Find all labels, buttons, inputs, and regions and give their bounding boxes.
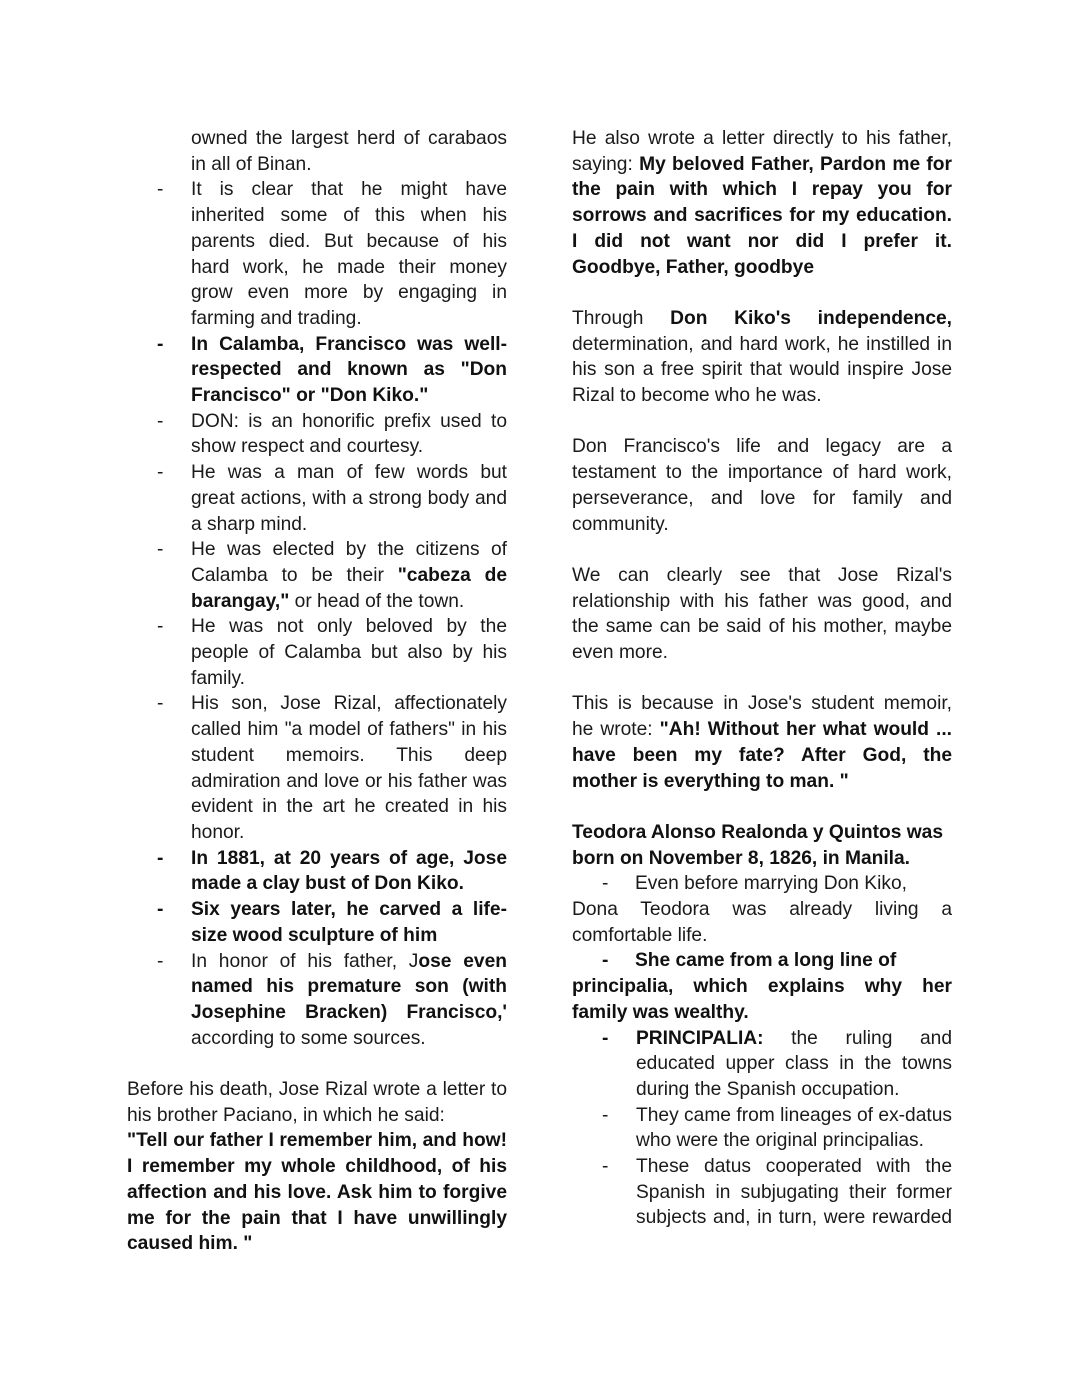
relationship-paragraph: We can clearly see that Jose Rizal's rel… bbox=[572, 563, 952, 666]
bullet-cabeza: -He was elected by the citizens of Calam… bbox=[127, 537, 507, 614]
legacy-paragraph: Don Francisco's life and legacy are a te… bbox=[572, 434, 952, 537]
bullet-don-kiko: -In Calamba, Francisco was well-respecte… bbox=[127, 332, 507, 409]
bullet-wood-sculpture: -Six years later, he carved a life-size … bbox=[127, 897, 507, 948]
letter-to-father: He also wrote a letter directly to his f… bbox=[572, 126, 952, 280]
teodora-item-principalia-cont: principalia, which explains why her fami… bbox=[572, 974, 952, 1025]
teodora-item-principalia: -She came from a long line of bbox=[572, 948, 952, 974]
sub-bullet-datus-cooperated: -These datus cooperated with the Spanish… bbox=[572, 1154, 952, 1231]
bullet-model-of-fathers: -His son, Jose Rizal, affectionately cal… bbox=[127, 691, 507, 845]
bullet-named-son: -In honor of his father, Jose even named… bbox=[127, 949, 507, 1052]
bullet-clay-bust: -In 1881, at 20 years of age, Jose made … bbox=[127, 846, 507, 897]
teodora-item-comfortable: -Even before marrying Don Kiko, bbox=[572, 871, 952, 897]
continuation-text: owned the largest herd of carabaos in al… bbox=[127, 126, 507, 177]
teodora-heading: Teodora Alonso Realonda y Quintos was bo… bbox=[572, 820, 952, 871]
don-kiko-independence: Through Don Kiko's independence, determi… bbox=[572, 306, 952, 409]
sub-bullet-principalia-definition: -PRINCIPALIA: the ruling and educated up… bbox=[572, 1026, 952, 1103]
teodora-item-comfortable-cont: Dona Teodora was already living a comfor… bbox=[572, 897, 952, 948]
left-column: owned the largest herd of carabaos in al… bbox=[127, 126, 507, 1257]
letter-paciano-intro: Before his death, Jose Rizal wrote a let… bbox=[127, 1077, 507, 1128]
bullet-inherited: -It is clear that he might have inherite… bbox=[127, 177, 507, 331]
bullet-don-definition: -DON: is an honorific prefix used to sho… bbox=[127, 409, 507, 460]
bullet-few-words: -He was a man of few words but great act… bbox=[127, 460, 507, 537]
memoir-paragraph: This is because in Jose's student memoir… bbox=[572, 691, 952, 794]
right-column: He also wrote a letter directly to his f… bbox=[572, 126, 952, 1231]
sub-bullet-ex-datus: -They came from lineages of ex-datus who… bbox=[572, 1103, 952, 1154]
letter-paciano-quote: "Tell our father I remember him, and how… bbox=[127, 1128, 507, 1257]
bullet-beloved: -He was not only beloved by the people o… bbox=[127, 614, 507, 691]
